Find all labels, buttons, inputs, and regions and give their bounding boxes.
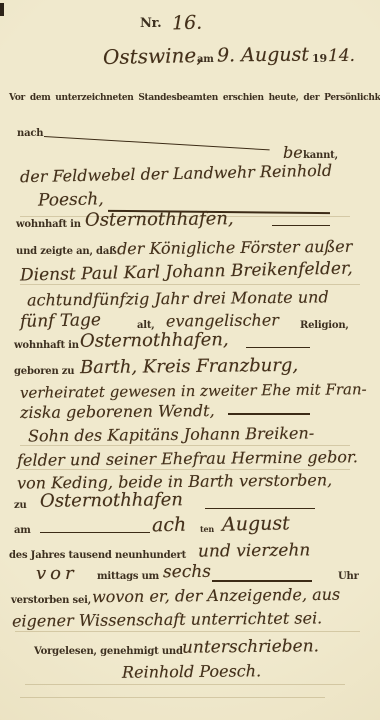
dateline-year-handwritten: 14.: [328, 46, 355, 66]
closing-line2: eigener Wissenschaft unterrichtet sei.: [12, 608, 322, 630]
marriage-fill-line: [228, 413, 310, 415]
age-line: achtundfünfzig Jahr drei Monate und: [27, 287, 329, 309]
parents-line1: Sohn des Kapitäns Johann Breiken-: [28, 424, 314, 446]
declarant-line2: Poesch,: [38, 189, 104, 210]
birthplace-value: Barth, Kreis Franzburg,: [80, 355, 298, 378]
death-day-fill-line: [40, 532, 150, 533]
zeigte-an-label: und zeigte an, daß: [16, 246, 117, 257]
birthplace-label: geboren zu: [14, 366, 74, 377]
ruled-line: [20, 469, 350, 470]
vorgelesen-label: Vorgelesen, genehmigt und: [34, 646, 183, 657]
residence1-value: Osternothhafen,: [85, 208, 234, 231]
death-day-label: am: [14, 525, 31, 536]
mittags-um-label: mittags um: [97, 571, 159, 582]
residence2-value: Osternothhafen,: [80, 329, 229, 352]
residence1-label: wohnhaft in: [16, 219, 81, 230]
dateline-year-printed: 19: [312, 52, 327, 65]
signature: Reinhold Poesch.: [122, 661, 261, 681]
declarant-line1: der Feldwebel der Landwehr Reinhold: [20, 161, 333, 187]
parents-line2: felder und seiner Ehefrau Hermine gebor.: [17, 447, 358, 470]
death-day-value: ach: [152, 514, 187, 537]
dateline-place: Ostswine,: [103, 43, 203, 69]
religion-label: Religion,: [300, 320, 349, 331]
death-place-label: zu: [14, 500, 27, 511]
dateline-day-month: 9. August: [217, 44, 309, 67]
deceased-line2: Dienst Paul Karl Johann Breikenfelder,: [20, 259, 353, 286]
death-day-suffix: ten: [200, 524, 214, 534]
intro-printed-text: Vor dem unterzeichneten Standesbeamten e…: [9, 93, 380, 103]
death-register-page: Nr. 16. Ostswine, am 9. August 19 14. Vo…: [0, 0, 380, 720]
death-month-value: August: [222, 512, 290, 535]
ruled-line: [20, 284, 360, 285]
record-number-label: Nr.: [140, 16, 161, 31]
bekannt-printed-suffix: kannt,: [303, 150, 338, 161]
death-year-value: und vierzehn: [198, 540, 311, 561]
deceased-line1: der Königliche Förster außer: [117, 237, 353, 258]
death-place-fill-line: [205, 508, 315, 509]
closing-line1: wovon er, der Anzeigende, aus: [92, 585, 340, 607]
identity-stroke-line: [44, 136, 270, 150]
age-days-value: fünf Tage: [20, 310, 101, 332]
residence2-fill-line: [246, 347, 310, 348]
ruled-line: [15, 631, 360, 632]
death-time-period: vor: [36, 563, 78, 584]
death-time-fill-line: [212, 580, 312, 582]
bottom-rule: [20, 697, 325, 698]
marriage-line1: verheiratet gewesen in zweiter Ehe mit F…: [20, 380, 367, 402]
unterschrieben-value: unterschrieben.: [182, 636, 319, 657]
death-time-value: sechs: [163, 562, 211, 583]
uhr-label: Uhr: [338, 571, 359, 582]
signature-rule: [25, 684, 345, 685]
ruled-line: [20, 445, 350, 446]
marriage-line2: ziska geborenen Wendt,: [20, 401, 215, 422]
verstorben-label: verstorben sei,: [11, 595, 91, 606]
scan-edge-mark: [0, 3, 4, 16]
bekannt-handwritten-prefix: be: [283, 143, 303, 162]
death-year-label: des Jahres tausend neunhundert: [9, 550, 186, 561]
residence1-fill-line: [272, 225, 330, 226]
death-place-value: Osternothhafen: [40, 489, 183, 511]
dateline-am-label: am: [197, 54, 214, 65]
religion-value: evangelischer: [166, 310, 279, 330]
record-number-value: 16.: [172, 12, 203, 35]
nach-label: nach: [17, 128, 43, 139]
residence2-label: wohnhaft in: [14, 340, 79, 351]
